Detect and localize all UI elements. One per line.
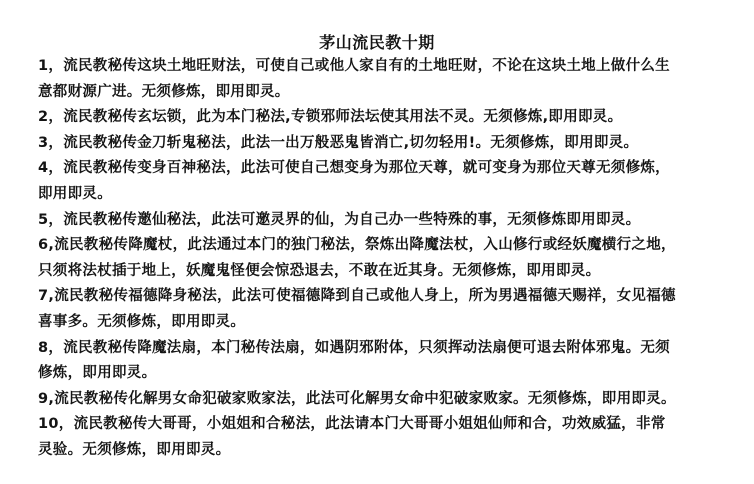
document-page: 茅山流民教十期 1，流民教秘传这块土地旺财法，可使自己或他人家自有的土地旺财，不…: [0, 0, 754, 484]
list-item-9: 9,流民教秘传化解男女命犯破家败家法，此法可化解男女命中犯破家败家。无须修炼，即…: [38, 387, 678, 413]
list-item-10: 10，流民教秘传大哥哥，小姐姐和合秘法，此法请本门大哥哥小姐姐仙师和合，功效威猛…: [38, 412, 678, 463]
list-item-7: 7,流民教秘传福德降身秘法，此法可使福德降到自己或他人身上，所为男遇福德天赐祥，…: [38, 284, 678, 335]
list-item-4: 4，流民教秘传变身百神秘法，此法可使自己想变身为那位天尊，就可变身为那位天尊无须…: [38, 156, 678, 207]
list-item-3: 3，流民教秘传金刀斩鬼秘法，此法一出万般恶鬼皆消亡,切勿轻用!。无须修炼，即用即…: [38, 131, 678, 157]
list-item-8: 8，流民教秘传降魔法扇，本门秘传法扇，如遇阴邪附体，只须挥动法扇便可退去附体邪鬼…: [38, 336, 678, 387]
document-body: 1，流民教秘传这块土地旺财法，可使自己或他人家自有的土地旺财，不论在这块土地上做…: [38, 54, 678, 464]
document-title: 茅山流民教十期: [0, 30, 754, 53]
list-item-1: 1，流民教秘传这块土地旺财法，可使自己或他人家自有的土地旺财，不论在这块土地上做…: [38, 54, 678, 105]
list-item-5: 5，流民教秘传邀仙秘法，此法可邀灵界的仙，为自己办一些特殊的事，无须修炼即用即灵…: [38, 208, 678, 234]
list-item-6: 6,流民教秘传降魔杖，此法通过本门的独门秘法，祭炼出降魔法杖，入山修行或经妖魔横…: [38, 233, 678, 284]
list-item-2: 2，流民教秘传玄坛锁，此为本门秘法,专锁邪师法坛使其用法不灵。无须修炼,即用即灵…: [38, 105, 678, 131]
